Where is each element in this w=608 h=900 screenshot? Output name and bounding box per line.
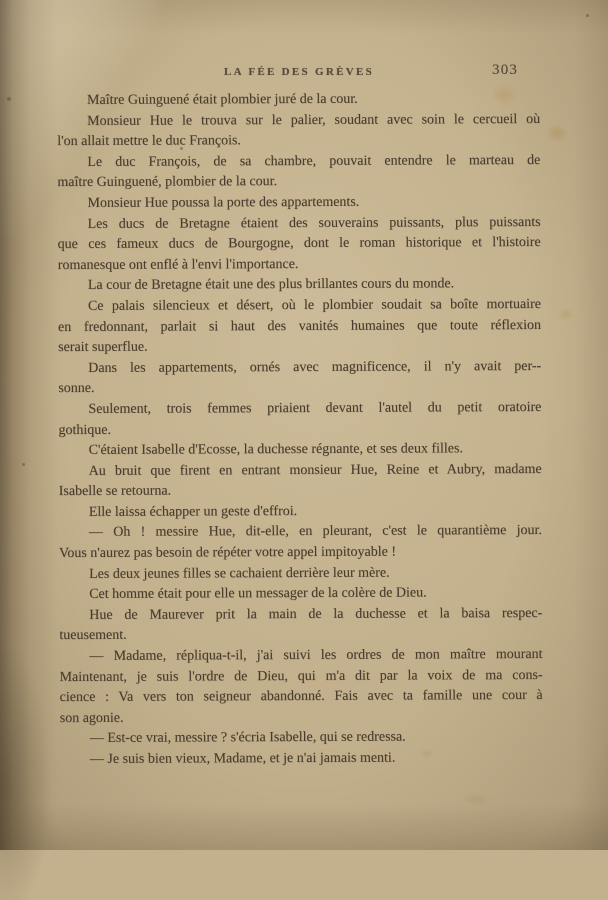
running-header: LA FÉE DES GRÈVES 303 <box>0 62 608 84</box>
text-line: Maintenant, je suis l'ordre de Dieu, qui… <box>60 666 543 689</box>
paper-stain <box>546 124 568 142</box>
text-line: Monsieur Hue le trouva sur le palier, so… <box>57 110 540 133</box>
text-line: son agonie. <box>60 707 543 730</box>
text-line: Monsieur Hue poussa la porte des apparte… <box>57 192 540 215</box>
text-line: — Madame, répliqua-t-il, j'ai suivi les … <box>59 645 542 668</box>
book-page: LA FÉE DES GRÈVES 303 Maître Guinguené é… <box>0 0 608 850</box>
text-line: Au bruit que firent en entrant monsieur … <box>59 460 542 483</box>
text-line: sonne. <box>58 377 541 400</box>
page-text: Maître Guinguené était plombier juré de … <box>57 89 543 771</box>
text-line: maître Guinguené, plombier de la cour. <box>57 171 540 194</box>
text-line: La cour de Bretagne était une des plus b… <box>58 274 541 297</box>
text-line: C'étaient Isabelle d'Ecosse, la duchesse… <box>59 439 542 462</box>
text-line: Dans les appartements, ornés avec magnif… <box>58 357 541 380</box>
text-line: Elle laissa échapper un geste d'effroi. <box>59 501 542 524</box>
text-line: que ces fameux ducs de Bourgogne, dont l… <box>58 233 541 256</box>
text-line: Cet homme était pour elle un messager de… <box>59 583 542 606</box>
text-line: Le duc François, de sa chambre, pouvait … <box>57 151 540 174</box>
text-line: — Oh ! messire Hue, dit-elle, en pleuran… <box>59 521 542 544</box>
text-line: Maître Guinguené était plombier juré de … <box>57 89 540 112</box>
paper-stain <box>558 308 574 321</box>
text-line: — Je suis bien vieux, Madame, et je n'ai… <box>60 748 543 771</box>
text-line: en fredonnant, parlait si haut des vanit… <box>58 315 541 338</box>
text-line: serait superflue. <box>58 336 541 359</box>
page-gutter-blotch <box>0 640 52 850</box>
text-line: — Est-ce vrai, messire ? s'écria Isabell… <box>60 727 543 750</box>
text-line: cience : Va vers ton seigneur abandonné.… <box>60 686 543 709</box>
text-line: l'on allait mettre le duc François. <box>57 130 540 153</box>
text-line: Les ducs de Bretagne étaient des souvera… <box>58 213 541 236</box>
page-number: 303 <box>492 62 518 79</box>
text-line: gothique. <box>58 418 541 441</box>
text-line: romanesque ont enflé à l'envi l'importan… <box>58 254 541 277</box>
text-line: tueusement. <box>59 624 542 647</box>
paper-stain <box>462 792 492 807</box>
text-line: Isabelle se retourna. <box>59 480 542 503</box>
paper-speck <box>586 14 589 17</box>
text-line: Les deux jeunes filles se cachaient derr… <box>59 563 542 586</box>
text-line: Seulement, trois femmes priaient devant … <box>58 398 541 421</box>
running-title: LA FÉE DES GRÈVES <box>224 66 374 78</box>
text-line: Hue de Maurever prit la main de la duche… <box>59 604 542 627</box>
text-line: Ce palais silencieux et désert, où le pl… <box>58 295 541 318</box>
text-line: Vous n'aurez pas besoin de répéter votre… <box>59 542 542 565</box>
